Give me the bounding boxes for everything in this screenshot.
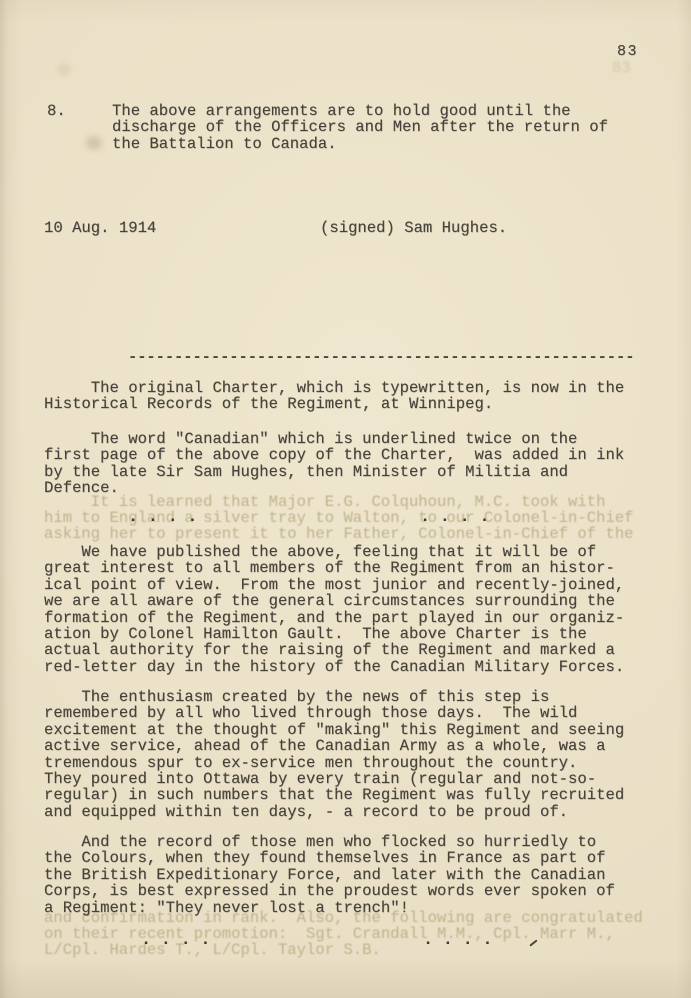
clause-text: The above arrangements are to hold good … <box>112 103 608 152</box>
dots-separator-bottom-right: .... <box>423 931 502 950</box>
signature-text: (signed) Sam Hughes. <box>320 220 507 236</box>
dots-separator-left: .... <box>128 508 207 527</box>
dots-separator-bottom-left: .... <box>141 931 220 950</box>
document-page: It is learned that Major E.G. Colquhoun,… <box>0 0 691 998</box>
bleedthrough-page-number: 83 <box>612 60 631 76</box>
page-number: 83 <box>617 44 638 60</box>
dots-separator-right: .... <box>420 508 499 527</box>
paper-smudge <box>86 136 102 150</box>
paragraph-record-of-men: And the record of those men who flocked … <box>44 834 615 916</box>
paragraph-enthusiasm: The enthusiasm created by the news of th… <box>44 689 624 820</box>
date-text: 10 Aug. 1914 <box>44 220 156 236</box>
paper-smudge <box>58 64 70 75</box>
paragraph-we-have-published: We have published the above, feeling tha… <box>44 544 624 675</box>
bleedthrough-text-lower: and confirmation in rank. Also, the foll… <box>44 910 643 959</box>
clause-number: 8. <box>47 103 66 119</box>
paragraph-word-canadian: The word "Canadian" which is underlined … <box>44 431 624 497</box>
dashed-separator: ----------------------------------------… <box>128 349 634 365</box>
paragraph-original-charter: The original Charter, which is typewritt… <box>44 380 624 413</box>
